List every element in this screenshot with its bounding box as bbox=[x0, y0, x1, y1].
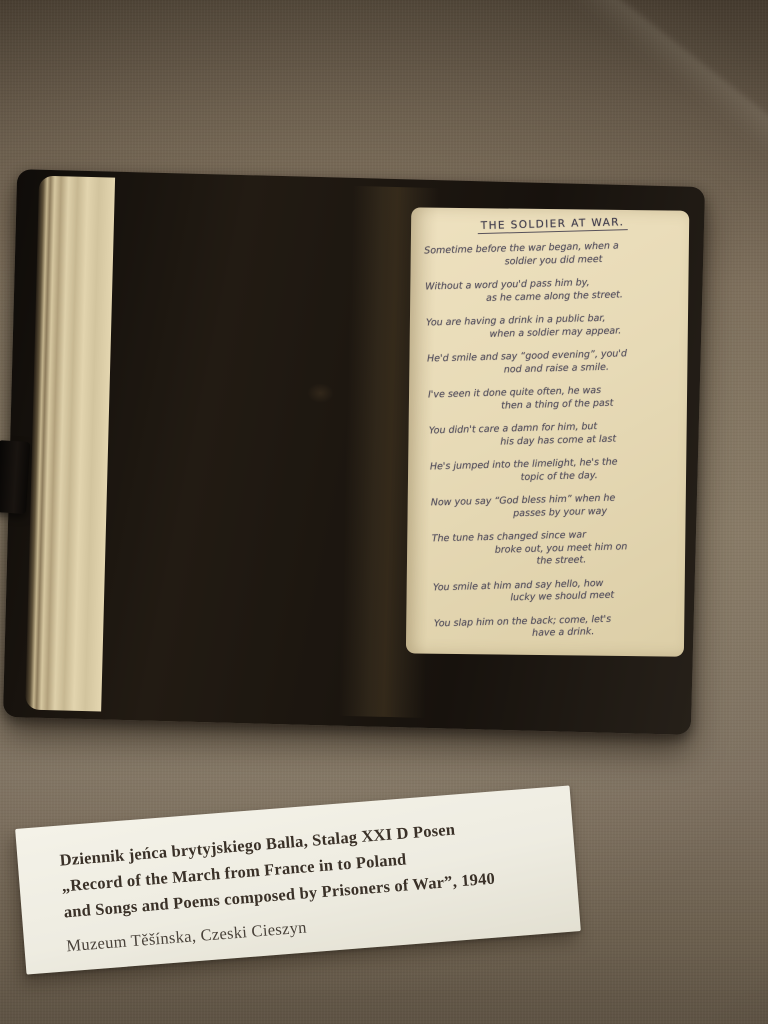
poem-line-group: You didn't care a damn for him, buthis d… bbox=[429, 419, 688, 451]
right-page-poem: THE SOLDIER AT WAR. Sometime before the … bbox=[406, 207, 689, 656]
page-stain bbox=[307, 383, 334, 404]
poem-line-group: You are having a drink in a public bar,w… bbox=[426, 311, 685, 343]
book-clasp bbox=[0, 440, 30, 514]
poem-line-group: He'd smile and say “good evening”, you'd… bbox=[427, 347, 686, 379]
left-page-blank bbox=[89, 177, 403, 719]
open-diary-book: THE SOLDIER AT WAR. Sometime before the … bbox=[3, 169, 705, 735]
poem-title: THE SOLDIER AT WAR. bbox=[478, 216, 628, 234]
handwritten-poem: THE SOLDIER AT WAR. Sometime before the … bbox=[423, 207, 692, 646]
poem-line-group: Sometime before the war began, when asol… bbox=[424, 239, 683, 271]
poem-line-group: You smile at him and say hello, howlucky… bbox=[433, 575, 692, 607]
poem-title-row: THE SOLDIER AT WAR. bbox=[423, 209, 681, 236]
poem-line-group: I've seen it done quite often, he wasthe… bbox=[428, 383, 687, 415]
poem-line-group: The tune has changed since warbroke out,… bbox=[432, 527, 691, 571]
poem-line-group: Now you say “God bless him” when hepasse… bbox=[431, 491, 690, 523]
museum-label-card: Dziennik jeńca brytyjskiego Balla, Stala… bbox=[15, 785, 581, 974]
photo-museum-exhibit: { "poem": { "title": "THE SOLDIER AT WAR… bbox=[0, 0, 768, 1024]
label-card-text: Dziennik jeńca brytyjskiego Balla, Stala… bbox=[15, 785, 580, 960]
poem-lines: Sometime before the war began, when asol… bbox=[424, 239, 692, 643]
poem-line-group: You slap him on the back; come, let'shav… bbox=[434, 611, 693, 643]
poem-line-group: Without a word you'd pass him by,as he c… bbox=[425, 275, 684, 307]
poem-line-group: He's jumped into the limelight, he's the… bbox=[430, 455, 689, 487]
